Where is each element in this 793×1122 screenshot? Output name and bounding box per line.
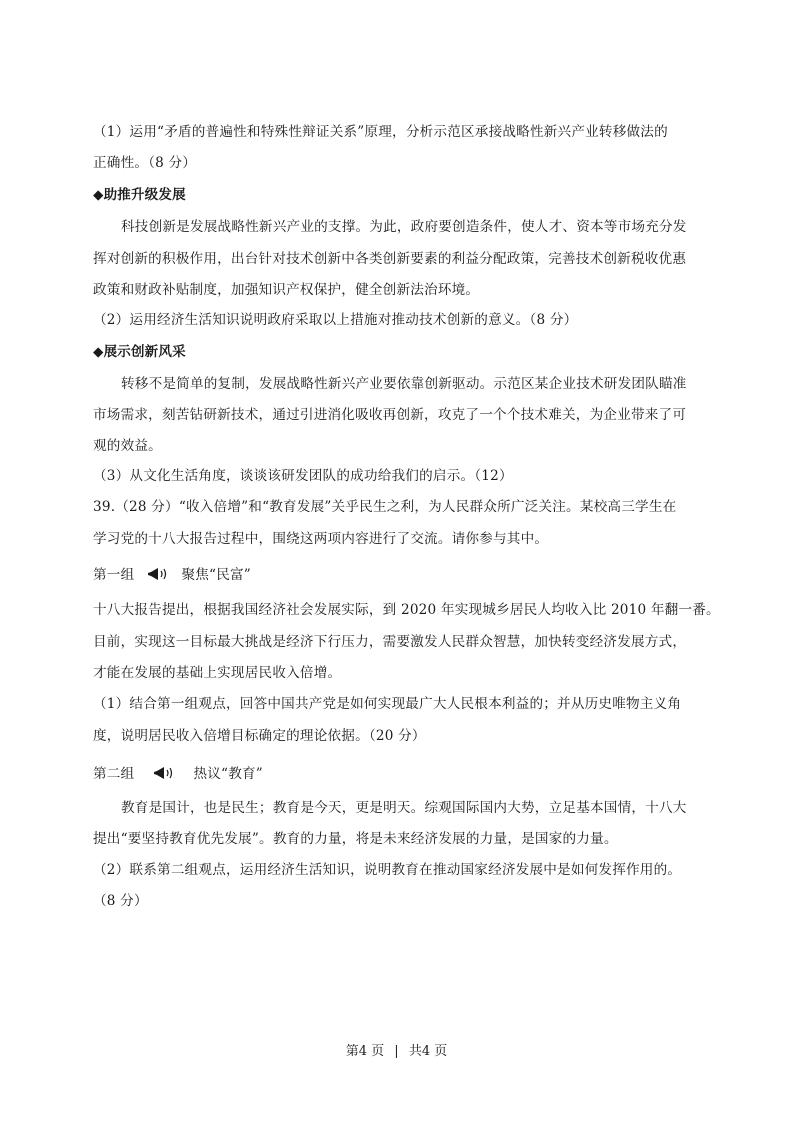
megaphone-icon [153, 766, 175, 780]
sub-question-2: （2）联系第二组观点，运用经济生活知识，说明教育在推动国家经济发展中是如何发挥作… [93, 861, 681, 879]
group-1-header: 第一组 聚焦“民富” [93, 566, 251, 584]
paragraph: 转移不是简单的复制，发展战略性新兴产业要依靠创新驱动。示范区某企业技术研发团队瞄… [121, 375, 687, 393]
group-title: 聚焦“民富” [181, 567, 250, 583]
paragraph: 才能在发展的基础上实现居民收入倍增。 [93, 664, 341, 682]
group-label: 第二组 [93, 766, 134, 782]
section-heading-upgrade: ◆助推升级发展 [93, 186, 186, 204]
separator: | [394, 1044, 398, 1059]
paragraph: 十八大报告提出，根据我国经济社会发展实际，到 2020 年实现城乡居民人均收入比… [93, 601, 720, 619]
group-title: 热议“教育” [193, 766, 262, 782]
question-1: （1）运用“矛盾的普遍性和特殊性辩证关系”原理，分析示范区承接战略性新兴产业转移… [93, 123, 668, 141]
paragraph: 教育是国计，也是民生；教育是今天，更是明天。综观国际国内大势，立足基本国情，十八… [121, 799, 687, 817]
sub-question-1-cont: 度，说明居民收入倍增目标确定的理论依据。（20 分） [93, 727, 426, 745]
page-footer: 第4 页 | 共4 页 [0, 1040, 793, 1059]
paragraph: 政策和财政补贴制度，加强知识产权保护，健全创新法治环境。 [93, 281, 479, 299]
page-number: 第4 页 [346, 1044, 384, 1059]
page-total: 共4 页 [409, 1044, 447, 1059]
paragraph: 挥对创新的积极作用，出台针对技术创新中各类创新要素的利益分配政策，完善技术创新税… [93, 250, 686, 268]
question-2: （2）运用经济生活知识说明政府采取以上措施对推动技术创新的意义。（8 分） [93, 311, 577, 329]
question-1-cont: 正确性。（8 分） [93, 154, 196, 172]
question-3: （3）从文化生活角度，谈谈该研发团队的成功给我们的启示。（12） [93, 467, 513, 485]
section-heading-innovation: ◆展示创新风采 [93, 343, 186, 361]
group-label: 第一组 [93, 567, 134, 583]
paragraph: 目前，实现这一目标最大挑战是经济下行压力，需要激发人民群众智慧，加快转变经济发展… [93, 633, 686, 651]
megaphone-icon [147, 567, 169, 581]
paragraph: 市场需求，刻苦钻研新技术，通过引进消化吸收再创新，攻克了一个个技术难关，为企业带… [93, 406, 686, 424]
question-39-cont: 学习党的十八大报告过程中，围绕这两项内容进行了交流。请你参与其中。 [93, 530, 548, 548]
question-39: 39.（28 分）“收入倍增”和“教育发展”关乎民生之利，为人民群众所广泛关注。… [93, 498, 676, 516]
paragraph: 观的效益。 [93, 437, 162, 455]
sub-question-1: （1）结合第一组观点，回答中国共产党是如何实现最广大人民根本利益的；并从历史唯物… [93, 695, 681, 713]
paragraph: 提出“要坚持教育优先发展”。教育的力量，将是未来经济发展的力量，是国家的力量。 [93, 830, 618, 848]
paragraph: 科技创新是发展战略性新兴产业的支撑。为此，政府要创造条件，使人才、资本等市场充分… [121, 218, 687, 236]
sub-question-2-cont: （8 分） [93, 892, 148, 910]
group-2-header: 第二组 热议“教育” [93, 765, 263, 783]
